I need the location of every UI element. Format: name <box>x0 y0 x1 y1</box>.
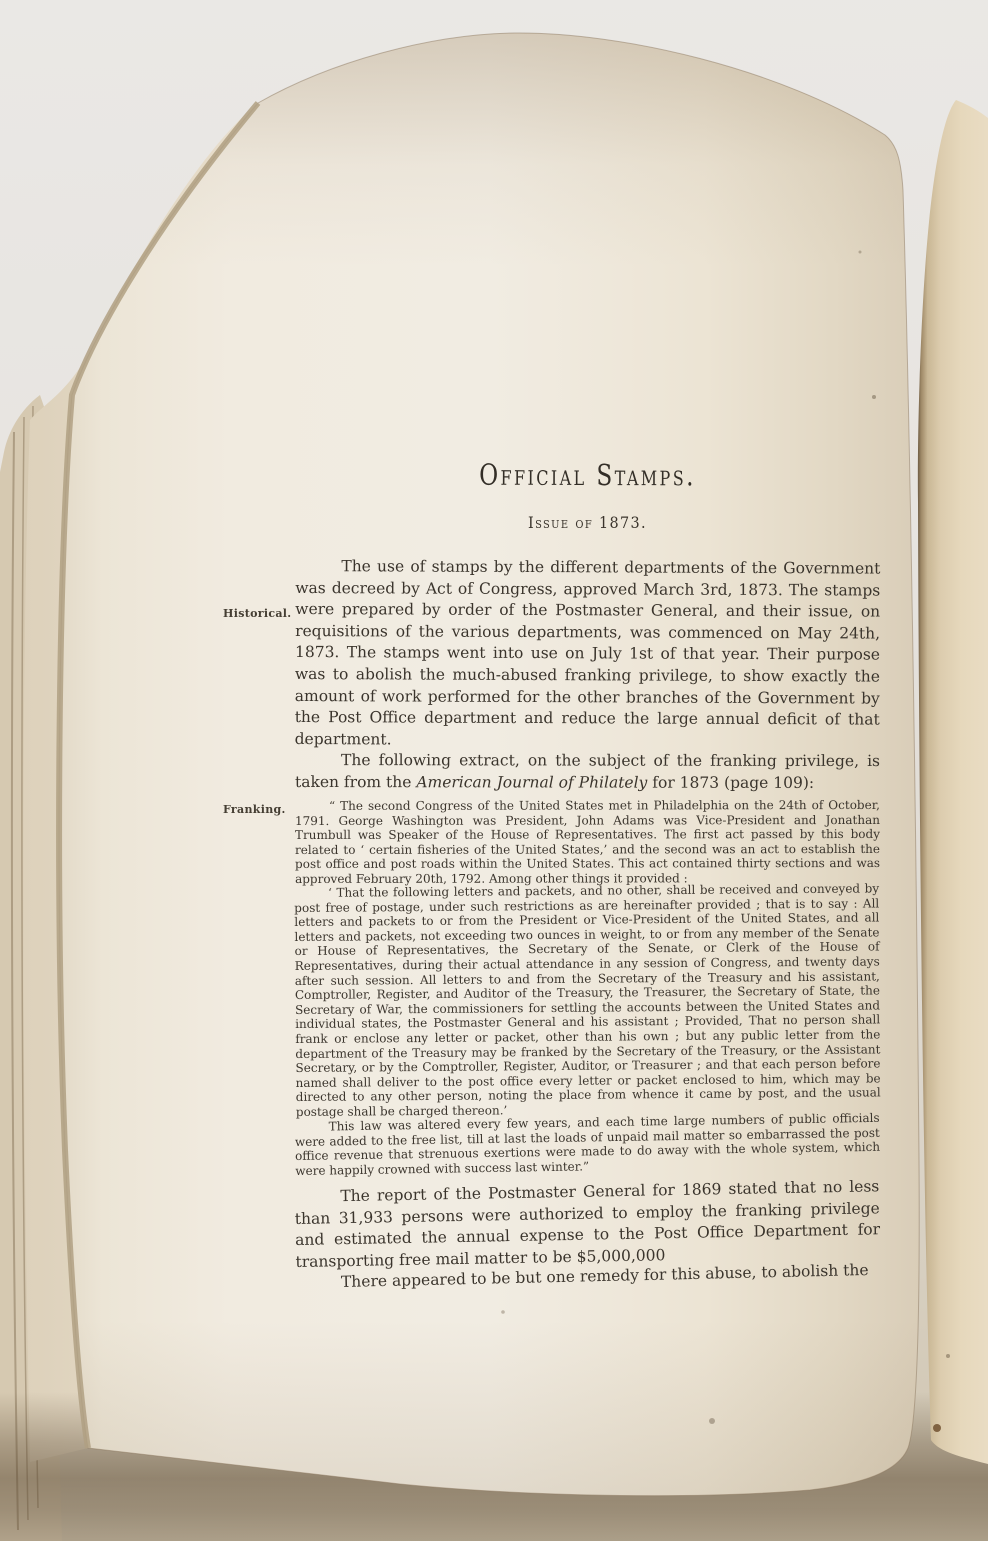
quoted-extract: “ The second Congress of the United Stat… <box>295 799 880 1178</box>
page-title: Official Stamps. <box>353 457 821 493</box>
text-column: The use of stamps by the different depar… <box>295 556 880 1295</box>
printed-page: Official Stamps. Issue of 1873. Historic… <box>0 0 988 1541</box>
book-photo: Official Stamps. Issue of 1873. Historic… <box>0 0 988 1541</box>
extract-paragraph-3: This law was altered every few years, an… <box>295 1110 881 1178</box>
margin-note-historical: Historical. <box>223 606 291 620</box>
extract-paragraph-1: “ The second Congress of the United Stat… <box>295 798 880 887</box>
page-subtitle: Issue of 1873. <box>324 513 851 532</box>
paragraph-report: The report of the Postmaster General for… <box>294 1176 880 1273</box>
margin-note-franking: Franking. <box>223 802 286 816</box>
journal-title: American Journal of Philately <box>416 773 647 791</box>
extract-intro-citation: for 1873 (page 109): <box>647 774 814 792</box>
paragraph-historical: The use of stamps by the different depar… <box>295 556 881 753</box>
paragraph-extract-intro: The following extract, on the subject of… <box>295 750 880 794</box>
extract-paragraph-2: ‘ That the following letters and packets… <box>294 882 881 1120</box>
